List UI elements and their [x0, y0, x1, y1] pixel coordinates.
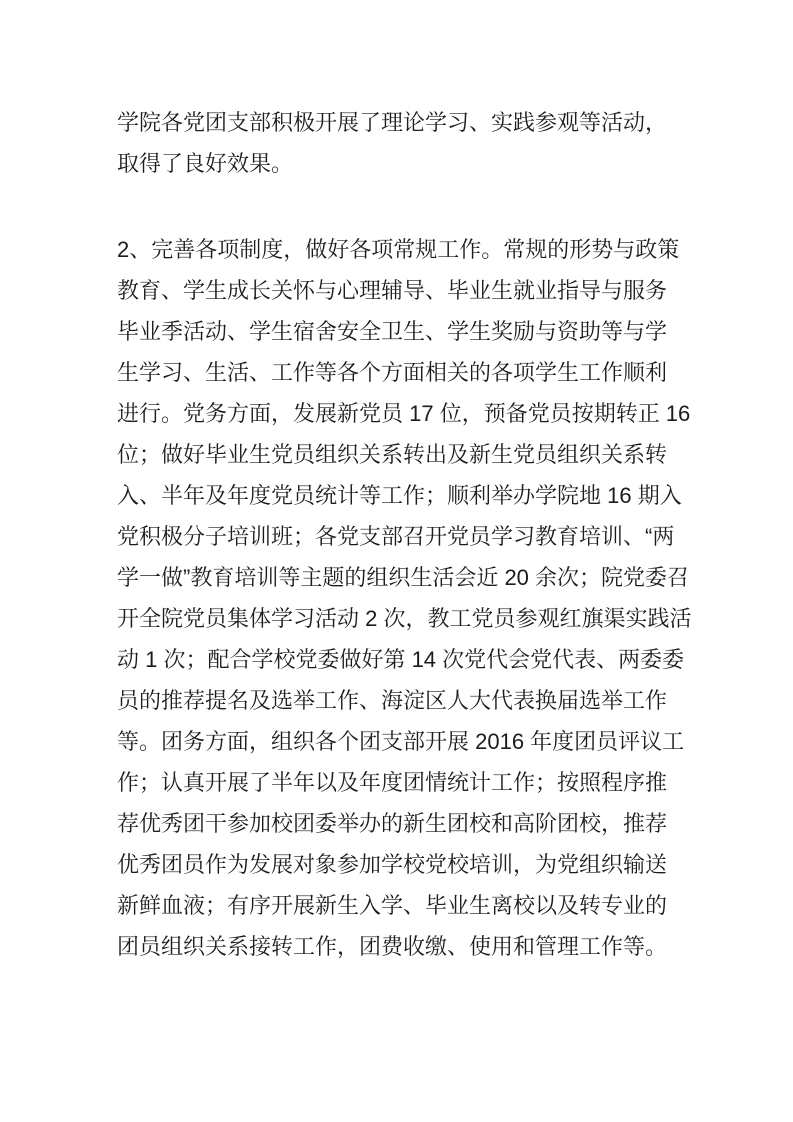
text-line: 生学习、生活、工作等各个方面相关的各项学生工作顺利: [117, 352, 707, 393]
document-page: 学院各党团支部积极开展了理论学习、实践参观等活动， 取得了良好效果。 2、完善各…: [0, 0, 793, 1122]
text-line: 党积极分子培训班；各党支部召开党员学习教育培训、“两: [117, 516, 707, 557]
text-line: 优秀团员作为发展对象参加学校党校培训，为党组织输送: [117, 844, 707, 885]
text-line: 荐优秀团干参加校团委举办的新生团校和高阶团校，推荐: [117, 803, 707, 844]
text-line: 教育、学生成长关怀与心理辅导、毕业生就业指导与服务: [117, 270, 707, 311]
text-line: 作；认真开展了半年以及年度团情统计工作；按照程序推: [117, 762, 707, 803]
text-line: 动 1 次；配合学校党委做好第 14 次党代会党代表、两委委: [117, 639, 707, 680]
paragraph-2: 2、完善各项制度，做好各项常规工作。常规的形势与政策 教育、学生成长关怀与心理辅…: [117, 229, 707, 967]
text-line: 毕业季活动、学生宿舍安全卫生、学生奖励与资助等与学: [117, 311, 707, 352]
text-line: 2、完善各项制度，做好各项常规工作。常规的形势与政策: [117, 229, 707, 270]
text-line: 入、半年及年度党员统计等工作；顺利举办学院地 16 期入: [117, 475, 707, 516]
text-line: 等。团务方面，组织各个团支部开展 2016 年度团员评议工: [117, 721, 707, 762]
paragraph-1: 学院各党团支部积极开展了理论学习、实践参观等活动， 取得了良好效果。: [117, 102, 707, 184]
text-line: 学一做”教育培训等主题的组织生活会近 20 余次；院党委召: [117, 557, 707, 598]
text-line: 新鲜血液；有序开展新生入学、毕业生离校以及转专业的: [117, 885, 707, 926]
text-line: 员的推荐提名及选举工作、海淀区人大代表换届选举工作: [117, 680, 707, 721]
text-line: 取得了良好效果。: [117, 143, 707, 184]
text-line: 团员组织关系接转工作，团费收缴、使用和管理工作等。: [117, 926, 707, 967]
document-content: 学院各党团支部积极开展了理论学习、实践参观等活动， 取得了良好效果。 2、完善各…: [117, 102, 707, 967]
text-line: 进行。党务方面，发展新党员 17 位，预备党员按期转正 16: [117, 393, 707, 434]
text-line: 开全院党员集体学习活动 2 次，教工党员参观红旗渠实践活: [117, 598, 707, 639]
text-line: 学院各党团支部积极开展了理论学习、实践参观等活动，: [117, 102, 707, 143]
text-line: 位；做好毕业生党员组织关系转出及新生党员组织关系转: [117, 434, 707, 475]
